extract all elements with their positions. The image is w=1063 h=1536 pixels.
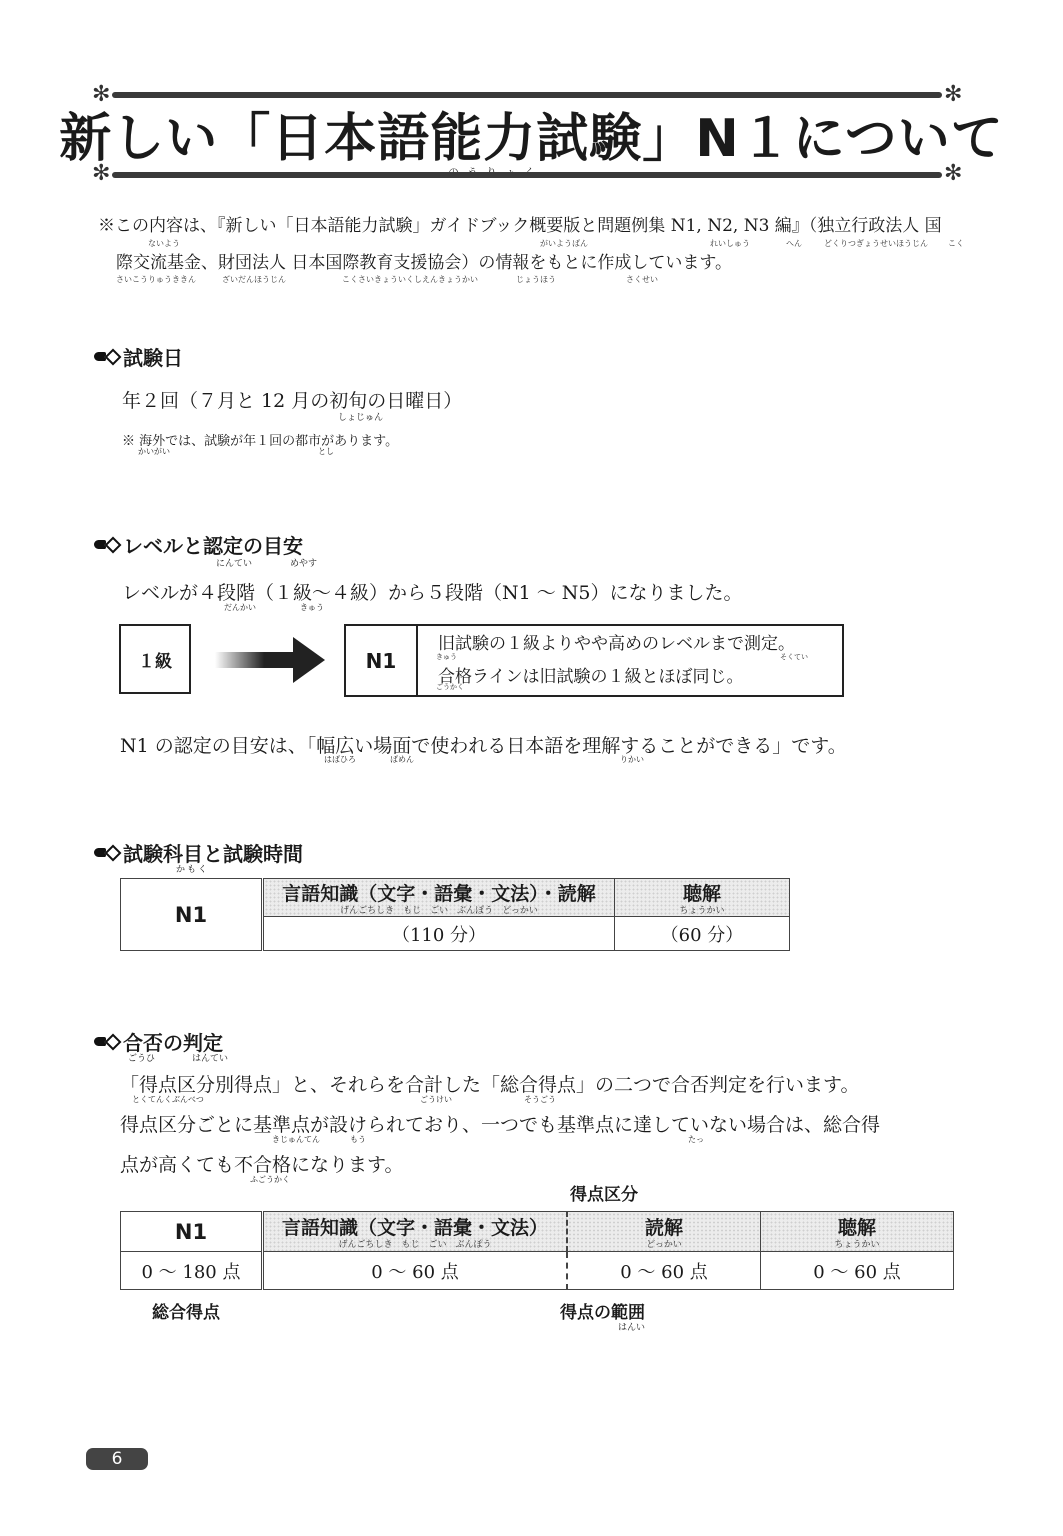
bullet-icon xyxy=(94,847,119,859)
furigana: ごうかく xyxy=(436,682,464,692)
furigana: とくてんくぶんべつ xyxy=(132,1094,204,1105)
total-score-label: 総合得点 xyxy=(152,1298,220,1323)
source-note: ※この内容は、『新しい「日本語能力試験」ガイドブック概要版と問題例集 N1, N… xyxy=(98,214,978,288)
score-range-listening: 0 ～ 60 点 xyxy=(761,1252,954,1290)
subjects-time-language-reading: （110 分） xyxy=(263,917,615,951)
source-note-furigana1: ないよう がいようばん れいしゅう へん どくりつぎょうせいほうじん こく xyxy=(98,238,978,252)
section-heading-level: レベルと認定の目安 xyxy=(94,530,303,559)
ornament-star-icon: ✻ xyxy=(92,84,110,106)
title-bottom-rule xyxy=(112,172,942,178)
arrow-right-icon xyxy=(215,637,325,683)
page-number: 6 xyxy=(86,1448,148,1470)
exam-date-text: 年２回（７月と 12 月の初旬の日曜日） xyxy=(122,386,462,413)
furigana: はんてい xyxy=(192,1051,228,1064)
source-note-line1: ※この内容は、『新しい「日本語能力試験」ガイドブック概要版と問題例集 N1, N… xyxy=(98,214,978,238)
furigana: ごうひ xyxy=(128,1051,155,1064)
furigana: きじゅんてん xyxy=(272,1134,320,1145)
heading-text: 試験日 xyxy=(123,342,183,371)
furigana: ごうけい xyxy=(420,1094,452,1105)
new-level-description: 旧試験の１級よりやや高めのレベルまで測定。 合格ラインは旧試験の１級とほぼ同じ。 xyxy=(418,626,795,695)
pass-fail-para-line3: 点が高くても不合格になります。 xyxy=(120,1150,403,1177)
heading-text: 試験科目と試験時間 xyxy=(123,838,303,867)
subjects-time-listening: （60 分） xyxy=(615,917,790,951)
pass-fail-para-line1: 「得点区分別得点」と、それらを合計した「総合得点」の二つで合否判定を行います。 xyxy=(120,1070,859,1097)
page-title: 新しい「日本語能力試験」N１について xyxy=(0,108,1063,170)
furigana: はばひろ xyxy=(324,754,356,765)
furigana: きゅう xyxy=(436,652,457,662)
furigana: めやす xyxy=(290,556,317,569)
score-table: N1 言語知識（文字・語彙・文法） げんごちしき もじ ごい ぶんぽう 読解 ど… xyxy=(120,1211,954,1290)
furigana: かいがい xyxy=(138,446,170,457)
title-top-rule xyxy=(112,92,942,98)
furigana: きゅう xyxy=(300,602,324,613)
subjects-header-listening: 聴解 ちょうかい xyxy=(615,879,790,917)
ornament-star-icon: ✻ xyxy=(92,163,110,185)
source-note-line2: 際交流基金、財団法人 日本国際教育支援協会）の情報をもとに作成しています。 xyxy=(98,252,978,274)
level-text: レベルが４段階（１級～４級）から５段階（N1 ～ N5）になりました。 xyxy=(122,578,743,605)
new-level-box: N1 旧試験の１級よりやや高めのレベルまで測定。 合格ラインは旧試験の１級とほぼ… xyxy=(344,624,844,697)
subjects-level-cell: N1 xyxy=(121,879,263,951)
score-range-reading: 0 ～ 60 点 xyxy=(567,1252,761,1290)
score-header-language: 言語知識（文字・語彙・文法） げんごちしき もじ ごい ぶんぽう xyxy=(263,1212,568,1252)
furigana: にんてい xyxy=(216,556,252,569)
section-heading-exam-date: 試験日 xyxy=(94,342,183,371)
bullet-icon xyxy=(94,539,119,551)
level-goal-text: N1 の認定の目安は、「幅広い場面で使われる日本語を理解することができる」です。 xyxy=(120,731,847,758)
heading-text: レベルと認定の目安 xyxy=(123,530,303,559)
furigana: かもく xyxy=(176,862,209,875)
furigana: もう xyxy=(350,1134,366,1145)
furigana: そくてい xyxy=(780,652,808,662)
furigana: ばめん xyxy=(390,754,414,765)
furigana: しょじゅん xyxy=(338,410,383,423)
furigana: りかい xyxy=(620,754,644,765)
old-level-box: １級 xyxy=(119,624,191,694)
furigana: ふごうかく xyxy=(250,1174,290,1185)
score-level-cell: N1 xyxy=(121,1212,263,1252)
furigana: はんい xyxy=(618,1320,645,1333)
score-total-range: 0 ～ 180 点 xyxy=(121,1252,263,1290)
bullet-icon xyxy=(94,1036,119,1048)
subjects-table: N1 言語知識（文字・語彙・文法）・読解 げんごちしき もじ ごい ぶんぽう ど… xyxy=(120,878,790,951)
subjects-header-language-reading: 言語知識（文字・語彙・文法）・読解 げんごちしき もじ ごい ぶんぽう どっかい xyxy=(263,879,615,917)
ornament-star-icon: ✻ xyxy=(944,163,962,185)
source-note-furigana2: さいこうりゅうききん ざいだんほうじん こくさいきょういくしえんきょうかい じょ… xyxy=(98,274,978,288)
furigana: だんかい xyxy=(224,602,256,613)
new-level-label: N1 xyxy=(346,626,418,695)
ornament-star-icon: ✻ xyxy=(944,84,962,106)
score-header-reading: 読解 どっかい xyxy=(567,1212,761,1252)
furigana: たっ xyxy=(688,1134,704,1145)
pass-fail-para-line2: 得点区分ごとに基準点が設けられており、一つでも基準点に達していない場合は、総合得 xyxy=(120,1110,880,1137)
bullet-icon xyxy=(94,351,119,363)
furigana: とし xyxy=(318,446,334,457)
furigana: そうごう xyxy=(524,1094,556,1105)
score-header-listening: 聴解 ちょうかい xyxy=(761,1212,954,1252)
score-range-language: 0 ～ 60 点 xyxy=(263,1252,568,1290)
score-section-label: 得点区分 xyxy=(570,1180,638,1205)
